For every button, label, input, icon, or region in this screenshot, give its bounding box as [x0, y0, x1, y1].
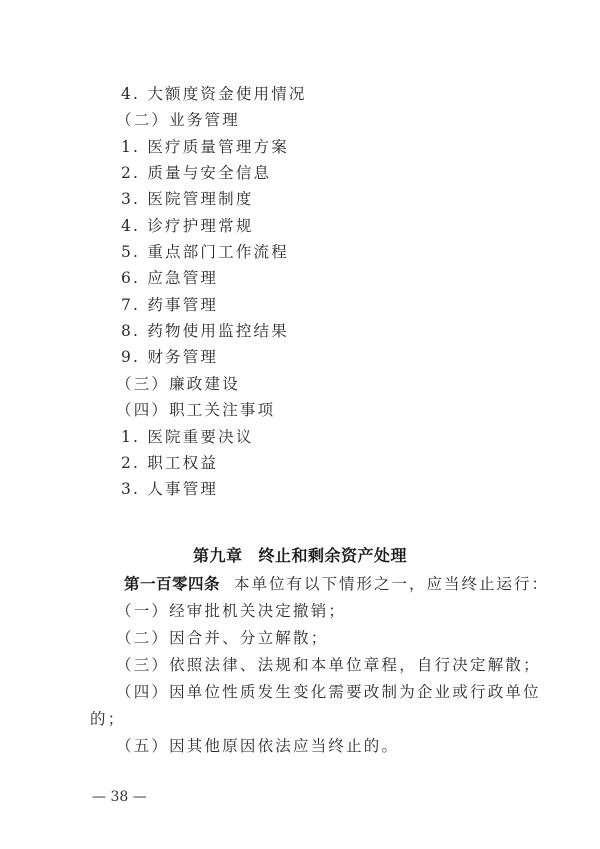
list-item: 9. 财务管理 — [121, 347, 218, 367]
list-item: 1. 医院重要决议 — [121, 427, 254, 447]
list-item: 4. 大额度资金使用情况 — [121, 84, 307, 104]
section-heading: （二）业务管理 — [116, 110, 240, 130]
list-item: 8. 药物使用监控结果 — [121, 321, 289, 341]
clause: （四）因单位性质发生变化需要改制为企业或行政单位 — [116, 682, 541, 702]
list-item: 2. 职工权益 — [121, 453, 218, 473]
list-item: 5. 重点部门工作流程 — [121, 242, 289, 262]
list-item: 1. 医疗质量管理方案 — [121, 137, 289, 157]
list-item: 3. 医院管理制度 — [121, 189, 254, 209]
article-number: 第一百零四条 — [124, 575, 220, 593]
article-paragraph: 第一百零四条本单位有以下情形之一，应当终止运行： — [124, 574, 549, 594]
list-item: 4. 诊疗护理常规 — [121, 216, 254, 236]
clause: （一）经审批机关决定撤销； — [116, 601, 346, 621]
section-heading: （三）廉政建设 — [116, 374, 240, 394]
list-item: 7. 药事管理 — [121, 295, 218, 315]
document-page: 4. 大额度资金使用情况 （二）业务管理 1. 医疗质量管理方案 2. 质量与安… — [0, 0, 600, 849]
clause: （三）依照法律、法规和本单位章程，自行决定解散； — [116, 655, 541, 675]
clause-continuation: 的； — [90, 709, 125, 729]
clause: （五）因其他原因依法应当终止的。 — [116, 736, 399, 756]
section-heading: （四）职工关注事项 — [116, 400, 275, 420]
list-item: 2. 质量与安全信息 — [121, 163, 271, 183]
list-item: 6. 应急管理 — [121, 268, 218, 288]
chapter-title: 终止和剩余资产处理 — [259, 546, 408, 565]
page-number: — 38 — — [92, 788, 147, 806]
chapter-heading: 第九章终止和剩余资产处理 — [0, 546, 600, 566]
article-text: 本单位有以下情形之一，应当终止运行： — [234, 575, 549, 593]
chapter-number: 第九章 — [193, 546, 243, 565]
clause: （二）因合并、分立解散； — [116, 628, 328, 648]
list-item: 3. 人事管理 — [121, 479, 218, 499]
